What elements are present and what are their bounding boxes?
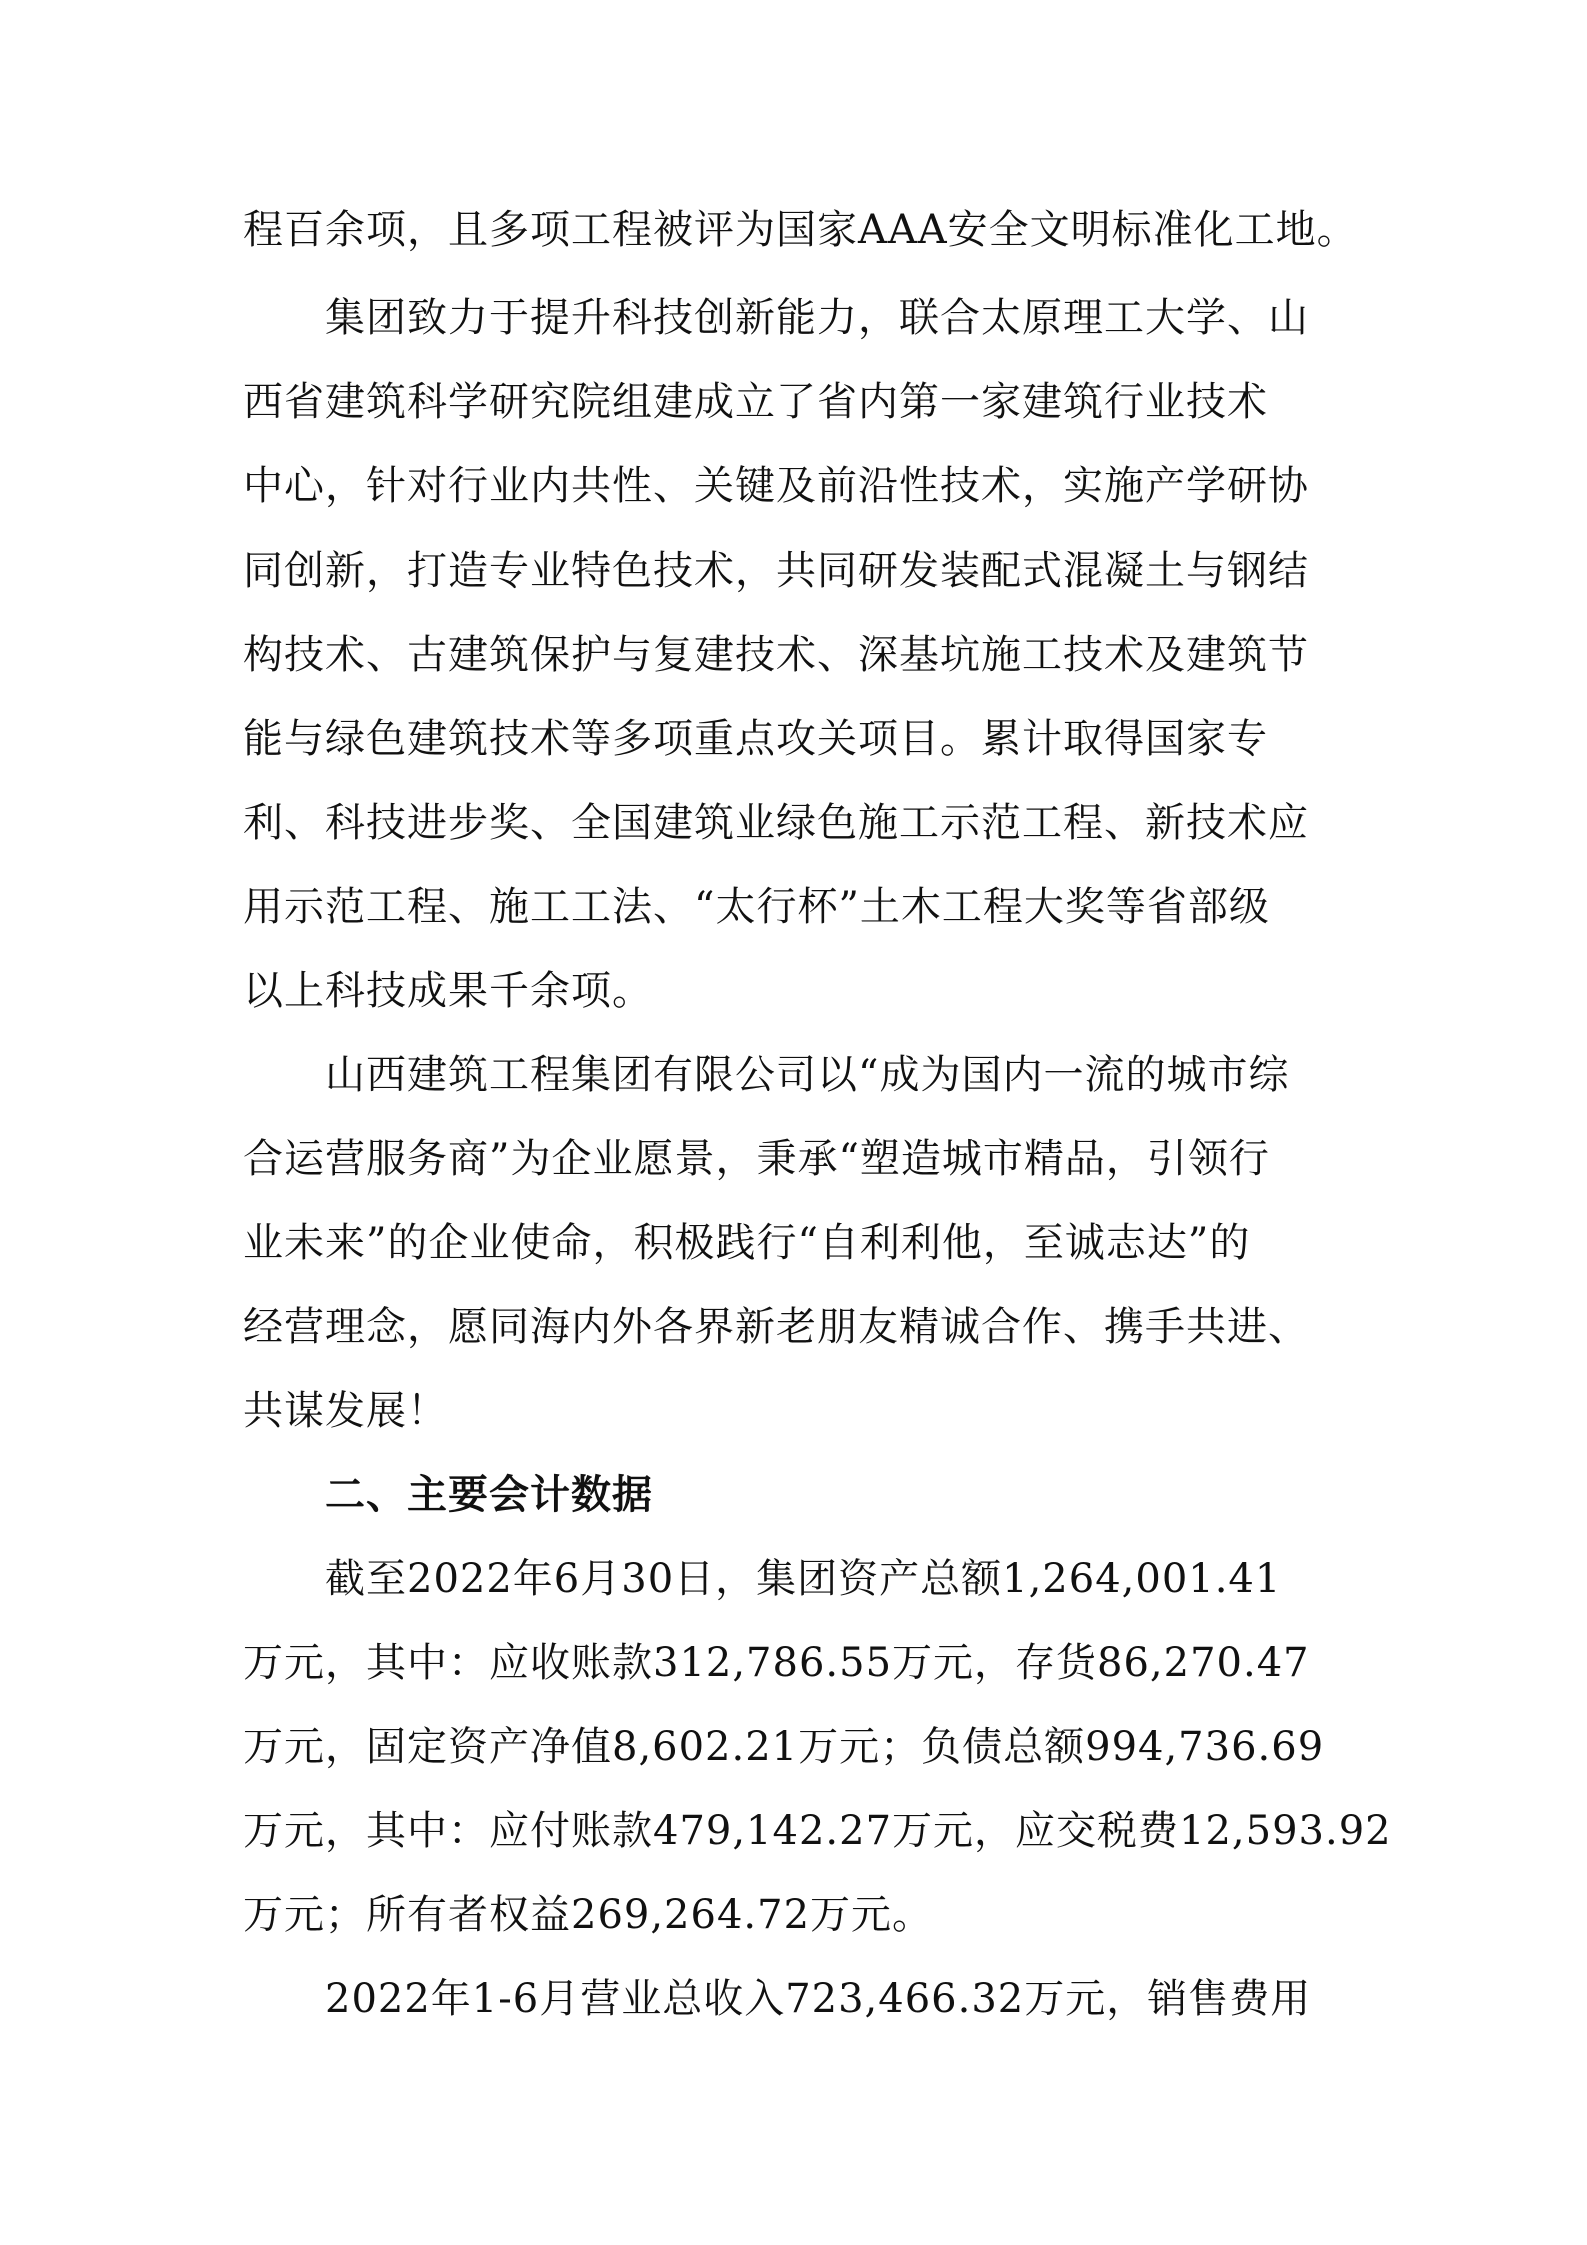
text-line: 万元，其中：应收账款312,786.55万元，存货86,270.47: [243, 1637, 1353, 1689]
document-page: 程百余项，且多项工程被评为国家AAA安全文明标准化工地。 集团致力于提升科技创新…: [0, 0, 1587, 2245]
text-line: 能与绿色建筑技术等多项重点攻关项目。累计取得国家专: [243, 713, 1353, 765]
text-line: 构技术、古建筑保护与复建技术、深基坑施工技术及建筑节: [243, 629, 1353, 681]
text-line: 同创新，打造专业特色技术，共同研发装配式混凝土与钢结: [243, 545, 1353, 597]
section-heading: 二、主要会计数据: [325, 1469, 1435, 1521]
text-line: 用示范工程、施工工法、“太行杯”土木工程大奖等省部级: [243, 881, 1353, 933]
text-line: 万元；所有者权益269,264.72万元。: [243, 1889, 1353, 1941]
text-line: 西省建筑科学研究院组建成立了省内第一家建筑行业技术: [243, 376, 1353, 428]
paragraph-start-line: 2022年1-6月营业总收入723,466.32万元，销售费用: [325, 1973, 1435, 2025]
text-line: 利、科技进步奖、全国建筑业绿色施工示范工程、新技术应: [243, 797, 1353, 849]
paragraph-start-line: 截至2022年6月30日，集团资产总额1,264,001.41: [325, 1553, 1435, 1605]
paragraph-start-line: 集团致力于提升科技创新能力，联合太原理工大学、山: [325, 292, 1435, 344]
text-line: 经营理念，愿同海内外各界新老朋友精诚合作、携手共进、: [243, 1301, 1353, 1353]
text-line: 共谋发展！: [243, 1385, 1353, 1437]
text-line: 程百余项，且多项工程被评为国家AAA安全文明标准化工地。: [243, 204, 1353, 256]
text-line: 中心，针对行业内共性、关键及前沿性技术，实施产学研协: [243, 460, 1353, 512]
text-line: 万元，其中：应付账款479,142.27万元，应交税费12,593.92: [243, 1805, 1353, 1857]
paragraph-start-line: 山西建筑工程集团有限公司以“成为国内一流的城市综: [325, 1049, 1435, 1101]
text-line: 业未来”的企业使命，积极践行“自利利他，至诚志达”的: [243, 1217, 1353, 1269]
text-line: 合运营服务商”为企业愿景，秉承“塑造城市精品，引领行: [243, 1133, 1353, 1185]
text-line: 万元，固定资产净值8,602.21万元；负债总额994,736.69: [243, 1721, 1353, 1773]
text-line: 以上科技成果千余项。: [243, 965, 1353, 1017]
